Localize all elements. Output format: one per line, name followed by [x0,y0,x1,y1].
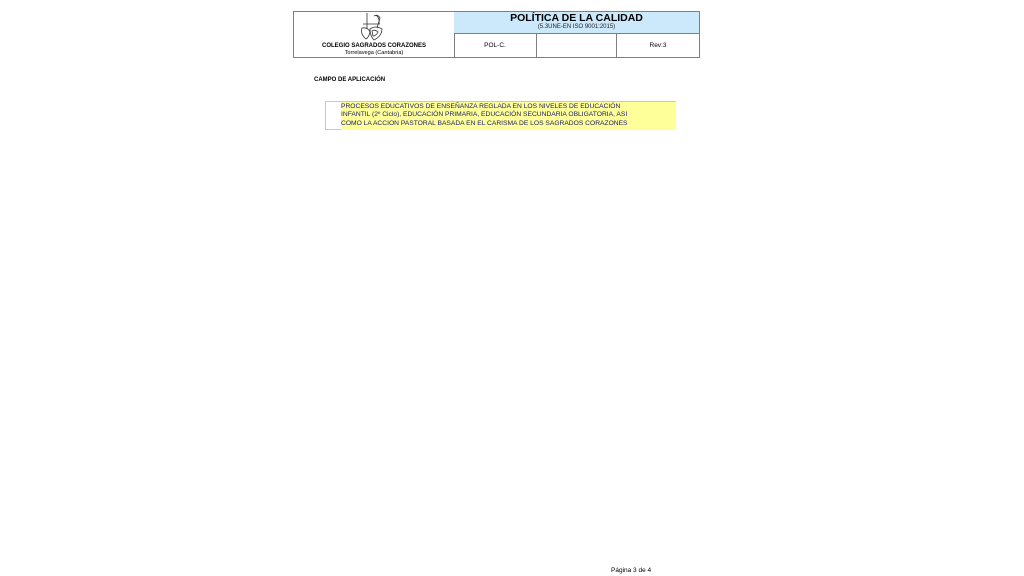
document-subtitle: (5.3UNE-EN ISO 9001:2015) [454,24,699,31]
scope-box: PROCESOS EDUCATIVOS DE ENSEÑANZA REGLADA… [325,101,676,130]
revision: Rev:3 [617,34,699,57]
document-title: POLÍTICA DE LA CALIDAD [454,13,699,24]
scope-line: COMO LA ACCION PASTORAL BASADA EN EL CAR… [341,120,676,128]
logo-cell: COLEGIO SAGRADOS CORAZONES Torrelavega (… [294,12,455,57]
scope-line: INFANTIL (2º Ciclo), EDUCACIÓN PRIMARIA,… [341,111,676,119]
school-name: COLEGIO SAGRADOS CORAZONES [294,43,454,50]
school-crest-icon [358,12,386,42]
school-location: Torrelavega (Cantabria) [294,50,454,57]
title-cell: POLÍTICA DE LA CALIDAD (5.3UNE-EN ISO 90… [454,12,699,34]
document-code: POL-C. [454,34,537,57]
document-header: COLEGIO SAGRADOS CORAZONES Torrelavega (… [293,11,700,58]
page-number: Página 3 de 4 [611,567,651,574]
scope-text: PROCESOS EDUCATIVOS DE ENSEÑANZA REGLADA… [341,102,676,130]
section-heading: CAMPO DE APLICACIÓN [314,77,385,83]
empty-cell [537,34,617,57]
